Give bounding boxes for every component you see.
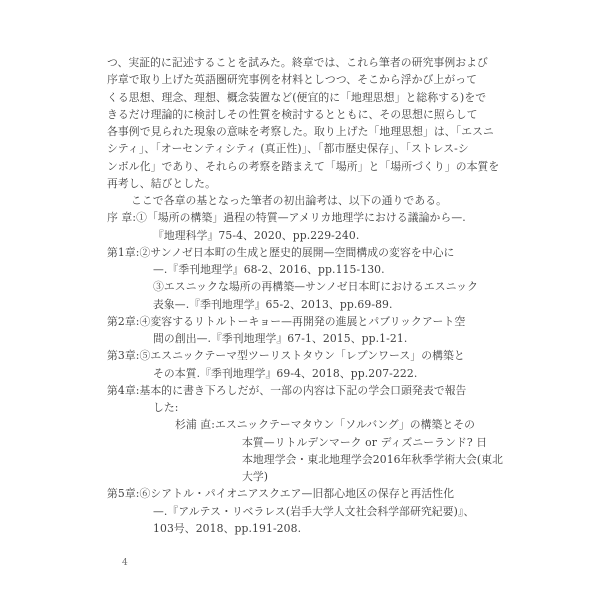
text-line: ンボル化」であり、それらの考察を踏まえて「場所」と「場所づくり」の本質を [107, 158, 492, 175]
citation-line: 序 章:①「場所の構築」過程の特質—アメリカ地理学における議論から—. [107, 209, 492, 226]
text-line: 再考し、結びとした。 [107, 175, 492, 192]
text-line: つ、実証的に記述することを試みた。終章では、これら筆者の研究事例および [107, 54, 492, 71]
text-line: 序章で取り上げた英語圏研究事例を材料としつつ、そこから浮かび上がって [107, 71, 492, 88]
book-page: つ、実証的に記述することを試みた。終章では、これら筆者の研究事例および 序章で取… [0, 0, 600, 600]
citation-line: 本地理学会・東北地理学会2016年秋季学術大会(東北 [107, 451, 492, 468]
citation-line: 杉浦 直:エスニックテーマタウン「ソルバング」の構築とその [107, 416, 492, 433]
citation-line: 第4章:基本的に書き下ろしだが、一部の内容は下記の学会口頭発表で報告 [107, 382, 492, 399]
citation-line: 表象—.『季刊地理学』65-2、2013、pp.69-89. [107, 296, 492, 313]
page-number: 4 [122, 557, 128, 569]
citation-line: 103号、2018、pp.191-208. [107, 520, 492, 537]
citation-line: その本質.『季刊地理学』69-4、2018、pp.207-222. [107, 365, 492, 382]
citation-line: 大学) [107, 468, 492, 485]
citation-line: ③エスニックな場所の再構築—サンノゼ日本町におけるエスニック [107, 278, 492, 295]
text-line: シティ」、「オーセンティシティ (真正性)」、「都市歴史保存」、「ストレス-シ [107, 140, 492, 157]
citation-line: 本質—リトルデンマーク or ディズニーランド? 日 [107, 434, 492, 451]
text-line: きるだけ理論的に検討しその性質を検討するとともに、その思想に照らして [107, 106, 492, 123]
citation-line: 第3章:⑤エスニックテーマ型ツーリストタウン「レブンワース」の構築と [107, 347, 492, 364]
citation-line: 『地理科学』75-4、2020、pp.229-240. [107, 227, 492, 244]
citation-line: した: [107, 399, 492, 416]
citation-line: —.『アルテス・リベラレス(岩手大学人文社会科学部研究紀要)』、 [107, 503, 492, 520]
citation-line: 第2章:④変容するリトルトーキョー—再開発の進展とパブリックアート空 [107, 313, 492, 330]
text-line: くる思想、理念、理想、概念装置など(便宜的に「地理思想」と総称する)をで [107, 89, 492, 106]
text-line: ここで各章の基となった筆者の初出論考は、以下の通りである。 [107, 192, 492, 209]
text-block: つ、実証的に記述することを試みた。終章では、これら筆者の研究事例および 序章で取… [107, 54, 492, 537]
citation-line: —.『季刊地理学』68-2、2016、pp.115-130. [107, 261, 492, 278]
citation-line: 間の創出—.『季刊地理学』67-1、2015、pp.1-21. [107, 330, 492, 347]
citation-line: 第5章:⑥シアトル・パイオニアスクエア—旧都心地区の保存と再活性化 [107, 485, 492, 502]
citation-line: 第1章:②サンノゼ日本町の生成と歴史的展開—空間構成の変容を中心に [107, 244, 492, 261]
text-line: 各事例で見られた現象の意味を考察した。取り上げた「地理思想」は、「エスニ [107, 123, 492, 140]
